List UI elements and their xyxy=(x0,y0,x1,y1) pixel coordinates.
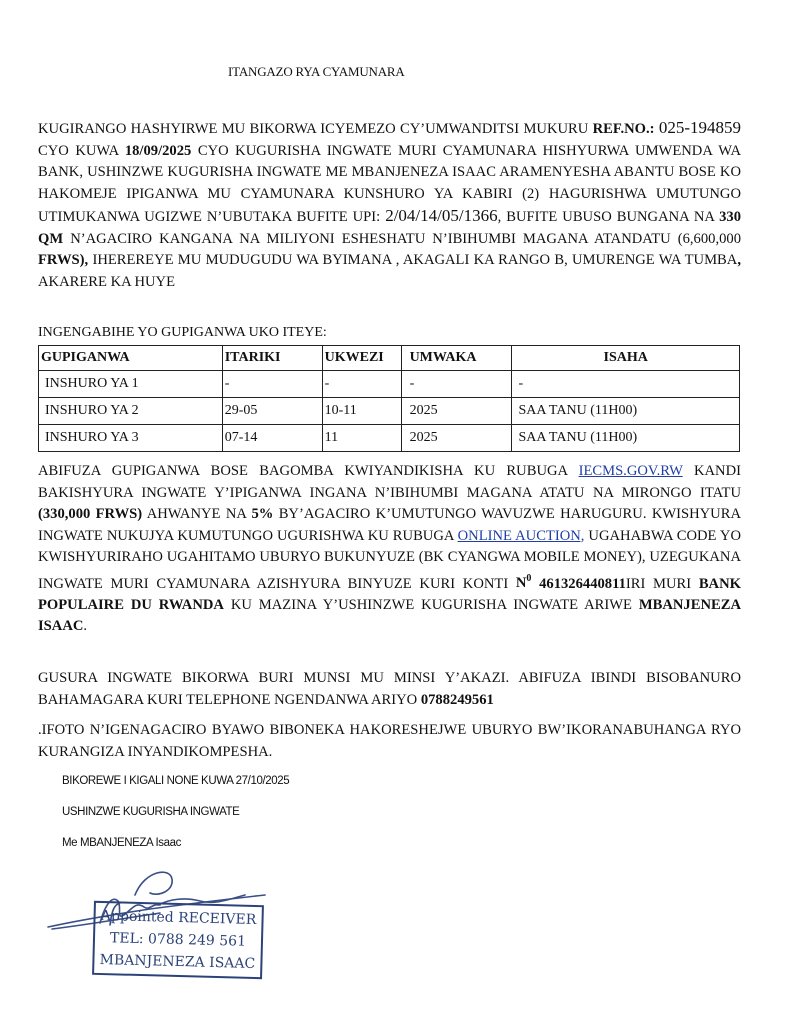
table-cell: 2025 xyxy=(401,398,512,425)
table-cell: INSHURO YA 2 xyxy=(39,398,223,425)
table-row: INSHURO YA 2 29-05 10-11 2025 SAA TANU (… xyxy=(39,398,740,425)
table-cell: - xyxy=(401,371,512,398)
property-value-currency: FRWS), xyxy=(38,252,88,268)
document-title: ITANGAZO RYA CYAMUNARA xyxy=(228,64,405,80)
iecms-link[interactable]: IECMS.GOV.RW xyxy=(579,463,683,479)
decision-date: 18/09/2025 xyxy=(125,143,191,159)
column-header: UMWAKA xyxy=(401,346,512,371)
table-cell: INSHURO YA 3 xyxy=(39,425,223,452)
place-date: BIKOREWE I KIGALI NONE KUWA 27/10/2025 xyxy=(62,775,289,787)
table-cell: INSHURO YA 1 xyxy=(39,371,223,398)
visit-paragraph: GUSURA INGWATE BIKORWA BURI MUNSI MU MIN… xyxy=(38,668,741,711)
registration-paragraph: ABIFUZA GUPIGANWA BOSE BAGOMBA KWIYANDIK… xyxy=(38,461,741,638)
column-header: UKWEZI xyxy=(322,346,401,371)
registration-text: ABIFUZA GUPIGANWA BOSE BAGOMBA KWIYANDIK… xyxy=(38,463,579,479)
table-row: INSHURO YA 1 - - - - xyxy=(39,371,740,398)
table-cell: - xyxy=(222,371,322,398)
signatory-name: Me MBANJENEZA Isaac xyxy=(62,837,181,849)
auction-schedule-table: GUPIGANWA ITARIKI UKWEZI UMWAKA ISAHA IN… xyxy=(38,345,740,452)
intro-text: N’AGACIRO KANGANA NA MILIYONI ESHESHATU … xyxy=(63,231,741,247)
table-cell: 29-05 xyxy=(222,398,322,425)
table-row: INSHURO YA 3 07-14 11 2025 SAA TANU (11H… xyxy=(39,425,740,452)
ref-label: REF.NO.: xyxy=(593,121,655,137)
table-cell: 2025 xyxy=(401,425,512,452)
registration-text: KU MAZINA Y’USHINZWE KUGURISHA INGWATE A… xyxy=(224,597,639,613)
intro-text: , xyxy=(737,252,741,268)
column-header: ISAHA xyxy=(512,346,740,371)
ref-number: 025-194859 xyxy=(659,118,741,137)
account-prefix: N0 xyxy=(516,575,532,591)
table-cell: - xyxy=(512,371,740,398)
visit-text: GUSURA INGWATE BIKORWA BURI MUNSI MU MIN… xyxy=(38,670,741,708)
table-cell: 10-11 xyxy=(322,398,401,425)
registration-text: IRI MURI xyxy=(626,575,699,591)
contact-phone: 0788249561 xyxy=(421,692,494,708)
account-prefix-text: N xyxy=(516,575,527,591)
schedule-label: INGENGABIHE YO GUPIGANWA UKO ITEYE: xyxy=(38,325,327,341)
upi-number: 2/04/14/05/1366 xyxy=(385,206,497,225)
online-auction-link[interactable]: ONLINE AUCTION, xyxy=(458,528,585,544)
auction-intro-paragraph: KUGIRANGO HASHYIRWE MU BIKORWA ICYEMEZO … xyxy=(38,117,741,293)
photos-note-paragraph: .IFOTO N’IGENAGACIRO BYAWO BIBONEKA HAKO… xyxy=(38,720,741,763)
intro-text: IHEREREYE MU MUDUGUDU WA BYIMANA , AKAGA… xyxy=(88,252,737,268)
stamp-line: MBANJENEZA ISAAC xyxy=(94,949,261,975)
intro-text: CYO KUWA xyxy=(38,143,125,159)
column-header: GUPIGANWA xyxy=(39,346,223,371)
table-cell: 11 xyxy=(322,425,401,452)
registration-text: . xyxy=(83,618,87,634)
deposit-amount: (330,000 FRWS) xyxy=(38,506,142,522)
table-cell: SAA TANU (11H00) xyxy=(512,425,740,452)
intro-text: KUGIRANGO HASHYIRWE MU BIKORWA ICYEMEZO … xyxy=(38,121,593,137)
table-cell: 07-14 xyxy=(222,425,322,452)
signatory-role: USHINZWE KUGURISHA INGWATE xyxy=(62,806,239,818)
table-cell: - xyxy=(322,371,401,398)
account-number: 461326440811 xyxy=(531,575,625,591)
receiver-stamp: Appointed RECEIVER TEL: 0788 249 561 MBA… xyxy=(92,901,264,979)
table-header-row: GUPIGANWA ITARIKI UKWEZI UMWAKA ISAHA xyxy=(39,346,740,371)
table-cell: SAA TANU (11H00) xyxy=(512,398,740,425)
registration-text: AHWANYE NA xyxy=(142,506,251,522)
column-header: ITARIKI xyxy=(222,346,322,371)
intro-text: AKARERE KA HUYE xyxy=(38,274,175,290)
deposit-percent: 5% xyxy=(251,506,273,522)
intro-text: , BUFITE UBUSO BUNGANA NA xyxy=(498,209,720,225)
